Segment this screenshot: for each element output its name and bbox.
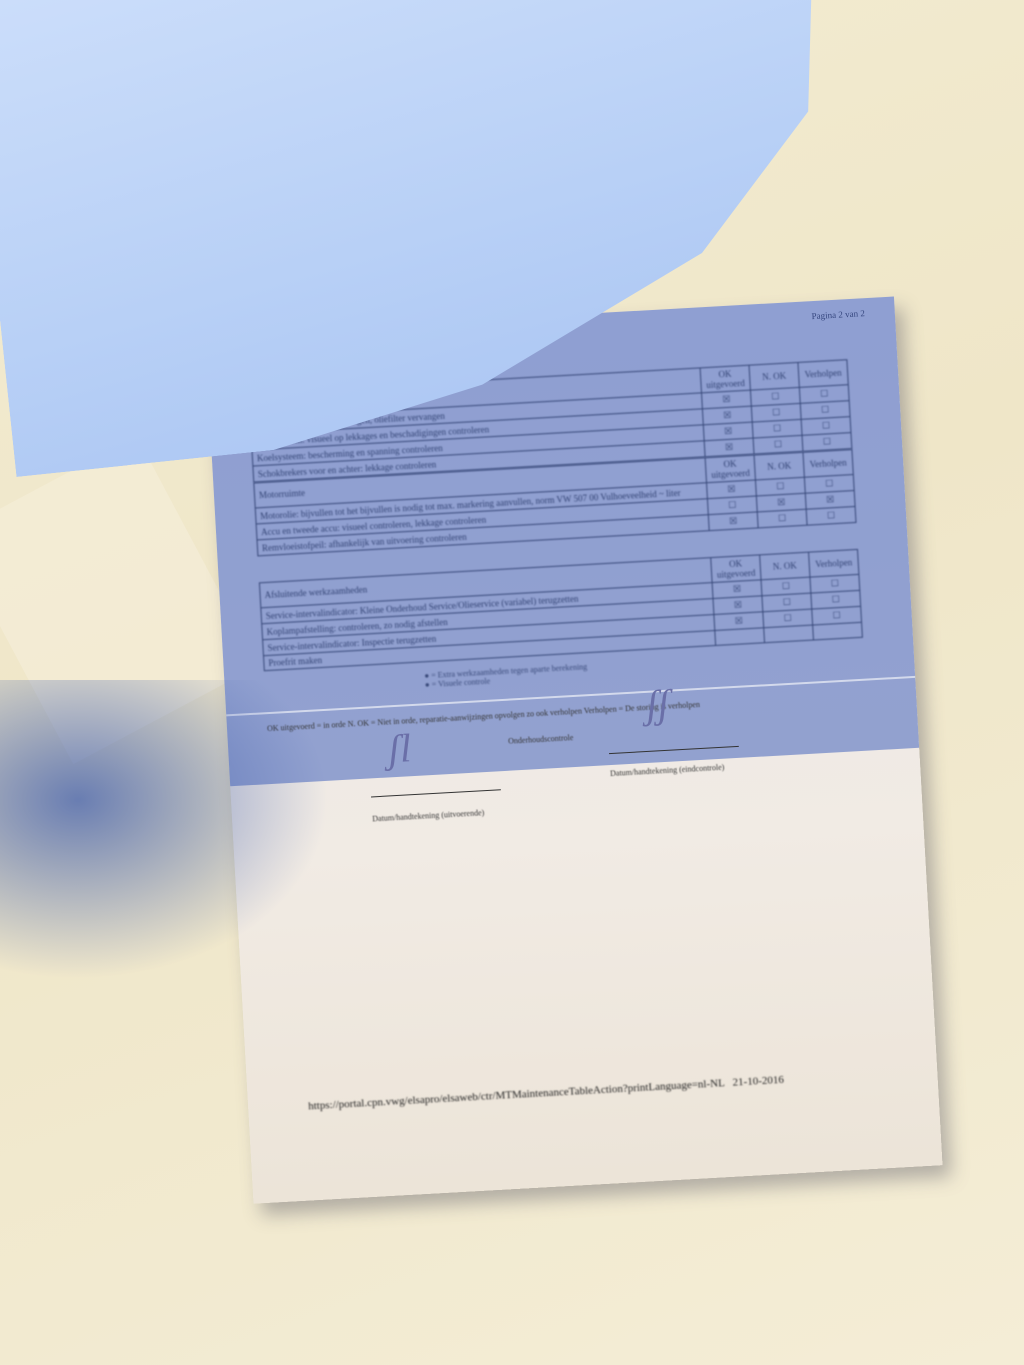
signature-label-2: Datum/handtekening (eindcontrole) [610, 763, 725, 778]
signature-2: ʃʃ [645, 680, 671, 728]
legend: ● = Extra werkzaamheden tegen aparte ber… [424, 662, 588, 689]
hand-shadow [0, 680, 330, 980]
footer-date: 21-10-2016 [732, 1074, 784, 1089]
section-footer: Onderhoudscontrole [508, 733, 574, 746]
page-number: Pagina 2 van 2 [811, 308, 865, 321]
signature-1: ʃl [387, 724, 412, 772]
checklist-group-3: Afsluitende werkzaamheden OK uitgevoerd … [259, 549, 863, 671]
signature-line-2 [609, 746, 739, 754]
signature-line-1 [371, 789, 501, 797]
footer-url: https://portal.cpn.vwg/elsapro/elsaweb/c… [308, 1074, 784, 1113]
signature-label-1: Datum/handtekening (uitvoerende) [372, 808, 485, 823]
